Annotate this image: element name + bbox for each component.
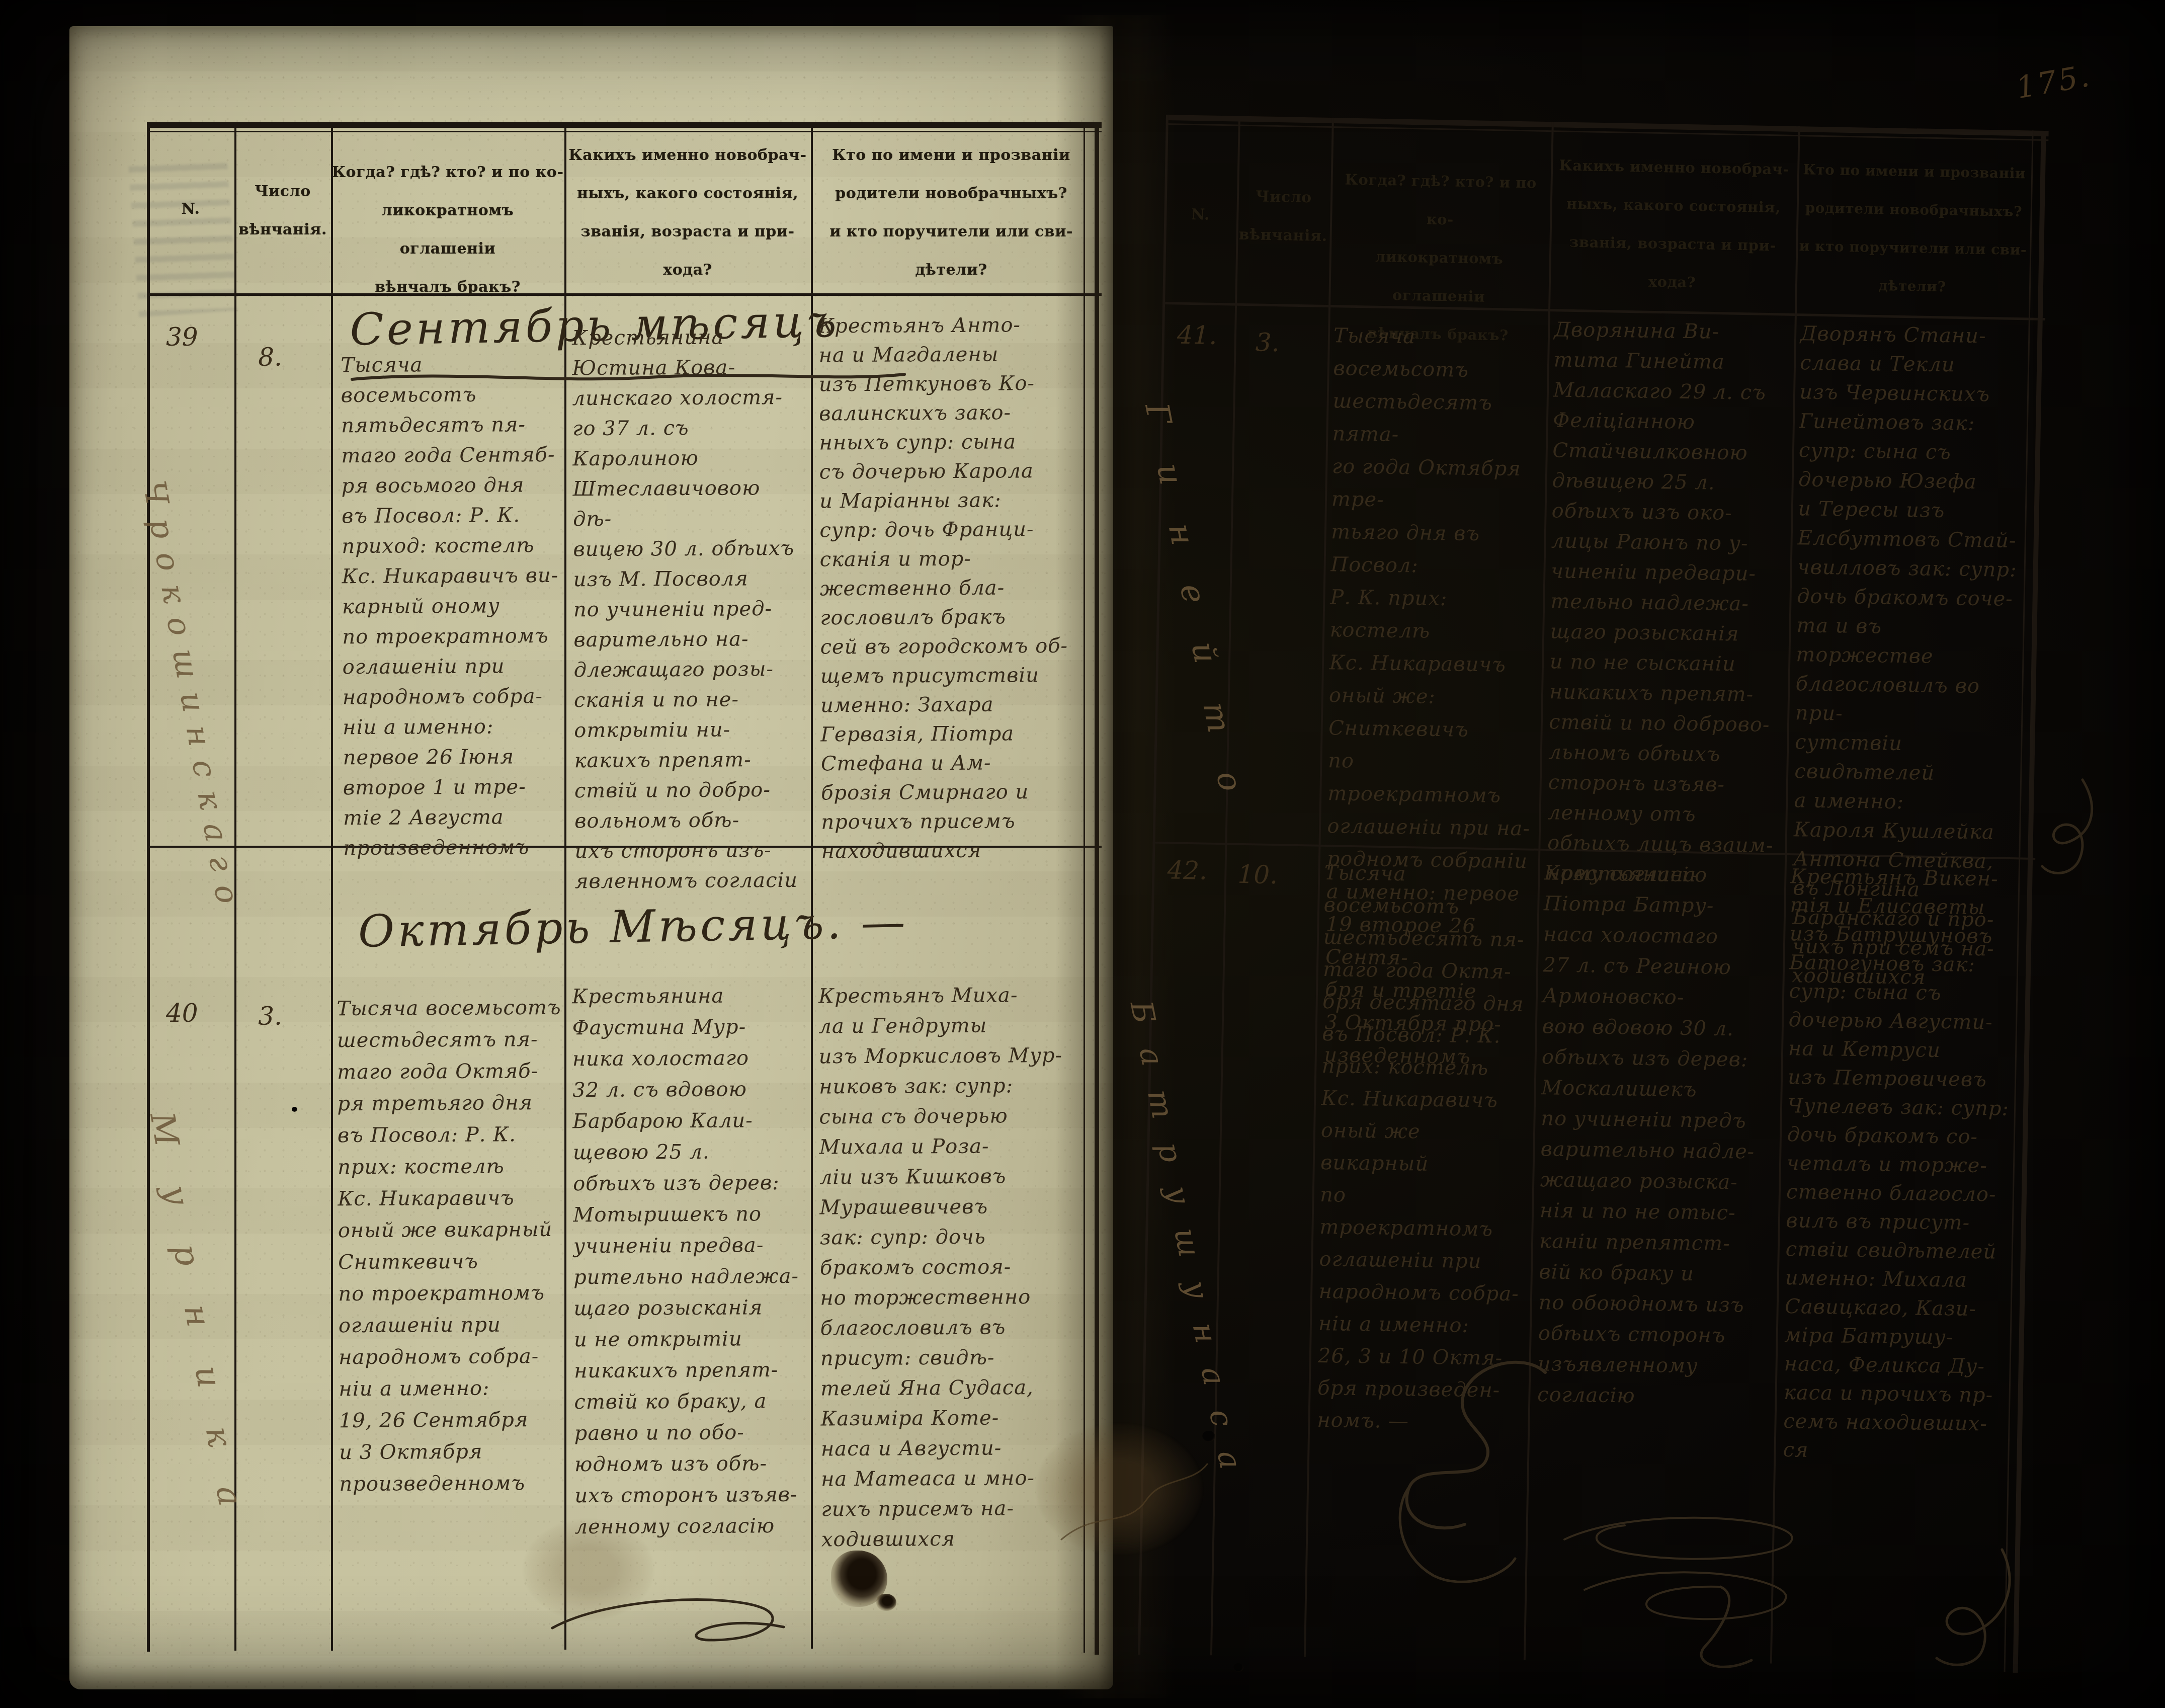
- entry-day: 3.: [1237, 328, 1298, 358]
- entry-couple: Крестьянина Піотра Батру- наса холостаго…: [1537, 858, 1776, 1413]
- table-rule: [331, 122, 333, 1651]
- entry-couple: Крестьянина Фаустина Мур- ника холостаго…: [572, 980, 806, 1542]
- header-col-when: Когда? гдѣ? кто? и по ко- ликократномъ о…: [331, 153, 564, 306]
- header-col-parents: Кто по имени и прозваніи родители новобр…: [1795, 150, 2031, 307]
- title-underline-flourish: [347, 367, 910, 387]
- entry-couple: Дворянина Ви- тита Гинейта Маласкаго 29 …: [1547, 314, 1786, 891]
- entry-when: Тысяча восемьсотъ пятьдесятъ пя- таго го…: [341, 349, 564, 863]
- table-rule: [811, 122, 813, 1649]
- header-col-parents: Кто по имени и прозваніи родители новобр…: [811, 136, 1092, 289]
- curl-flourish: [1911, 1539, 2022, 1675]
- header-col-who: Какихъ именно новобрач- ныхъ, какого сос…: [1548, 146, 1797, 303]
- entry-day: 10.: [1227, 860, 1288, 890]
- entry-number: 41.: [1177, 320, 1217, 350]
- entry-couple: Крестьянина Юстина Кова- линскаго холост…: [572, 322, 804, 897]
- paper-stain: [523, 1519, 654, 1620]
- entry-when: Тысяча восемьсотъ шестьдесятъ пя- таго г…: [337, 992, 565, 1500]
- header-col-n: N.: [147, 190, 234, 228]
- curl-flourish: [2022, 775, 2108, 885]
- paraph-flourish: [1388, 1358, 1554, 1595]
- left-table: N. Число вѣнчанія. Когда? гдѣ? кто? и по…: [147, 122, 1106, 1662]
- paper-stain: [1036, 1424, 1202, 1555]
- entry-number: 42.: [1167, 855, 1208, 885]
- entry-day: 3.: [242, 1002, 298, 1031]
- ink-speck: [292, 1107, 297, 1112]
- page-number: 175.: [2014, 58, 2094, 106]
- ink-blot: [876, 1594, 896, 1611]
- header-col-who: Какихъ именно новобрач- ныхъ, какого сос…: [564, 136, 811, 289]
- table-rule: [147, 122, 150, 1652]
- entry-day: 8.: [242, 343, 298, 372]
- header-col-n: N.: [1164, 195, 1237, 235]
- right-table: N. Число вѣнчанія. Когда? гдѣ? кто? и по…: [1138, 115, 2059, 1680]
- register-spread: N. Число вѣнчанія. Когда? гдѣ? кто? и по…: [0, 0, 2165, 1708]
- header-col-day: Число вѣнчанія.: [1236, 178, 1331, 256]
- worm-hole: [1202, 1431, 1215, 1442]
- table-rule: [147, 293, 1102, 296]
- signature-flourish: [1554, 1479, 1806, 1680]
- entry-parents: Крестьянъ Анто- на и Магдалены изъ Петку…: [818, 310, 1088, 866]
- worm-hole: [1233, 1663, 1243, 1672]
- entry-number: 40: [166, 999, 198, 1028]
- entry-number: 39: [166, 322, 198, 352]
- table-rule: [147, 131, 1102, 132]
- month-title-october: Октябрь Мѣсяцъ. —: [358, 897, 862, 957]
- table-rule: [147, 122, 1102, 128]
- header-col-day: Число вѣнчанія.: [234, 173, 331, 249]
- entry-when: Тысяча восемьсотъ шестьдесятъ пя- таго г…: [1317, 857, 1531, 1439]
- entry-parents: Крестьянъ Викен- тія и Елисаветы изъ Бат…: [1783, 862, 2017, 1468]
